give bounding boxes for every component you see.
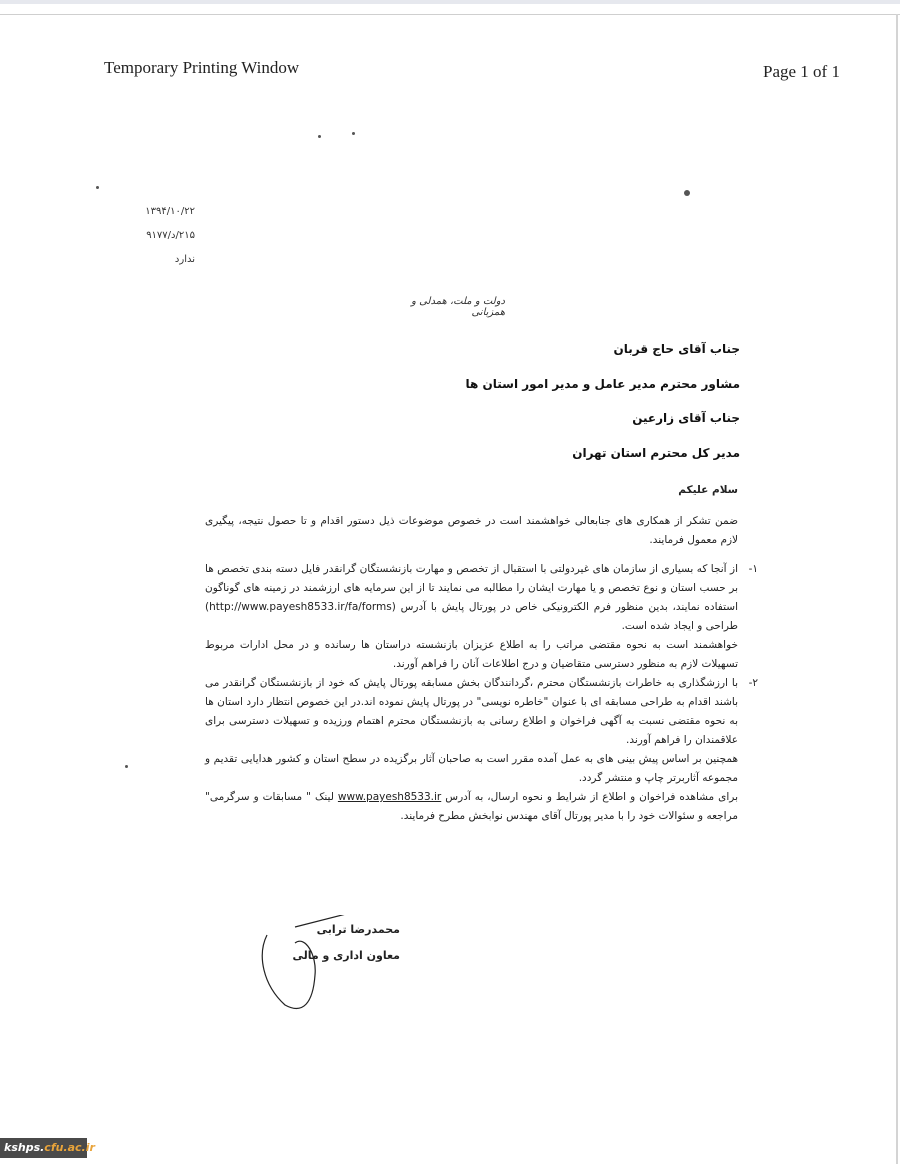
watermark-domain: cfu.ac.ir <box>44 1141 95 1154</box>
item-followup: خواهشمند است به نحوه مقتضی مراتب را به ا… <box>205 636 738 674</box>
letter-motto: دولت و ملت، همدلی و همزبانی <box>405 296 505 318</box>
item-paragraph: با ارزشگذاری به خاطرات بازنشستگان محترم … <box>205 674 738 750</box>
scan-speck <box>352 132 355 135</box>
signatory-title: معاون اداری و مالی <box>292 949 400 962</box>
item-number: ۲- <box>749 674 758 693</box>
top-border-line <box>0 14 900 15</box>
letter-meta: ۱۳۹۴/۱۰/۲۲ ۲۱۵/د/۹۱۷۷ ندارد <box>120 200 195 272</box>
scan-speck <box>318 135 321 138</box>
letter-number: ۲۱۵/د/۹۱۷۷ <box>120 224 195 248</box>
list-item: ۲- با ارزشگذاری به خاطرات بازنشستگان محت… <box>205 674 738 826</box>
letter-date: ۱۳۹۴/۱۰/۲۲ <box>120 200 195 224</box>
greeting: سلام علیکم <box>538 484 738 496</box>
watermark-badge: kshps.cfu.ac.ir <box>0 1138 87 1158</box>
watermark-prefix: kshps. <box>4 1141 44 1154</box>
scan-speck <box>96 186 99 189</box>
print-window-title: Temporary Printing Window <box>104 58 299 78</box>
recipient-line: جناب آقای حاج قربان <box>320 342 740 377</box>
item-closing: برای مشاهده فراخوان و اطلاع از شرایط و ن… <box>205 788 738 826</box>
item-paragraph: از آنجا که بسیاری از سازمان های غیردولتی… <box>205 560 738 636</box>
forms-url[interactable]: (http://www.payesh8533.ir/fa/forms) <box>205 601 396 613</box>
item-followup: همچنین بر اساس پیش بینی های به عمل آمده … <box>205 750 738 788</box>
letter-body: ضمن تشکر از همکاری های جنابعالی خواهشمند… <box>205 512 738 826</box>
item-number: ۱- <box>749 560 758 579</box>
intro-paragraph: ضمن تشکر از همکاری های جنابعالی خواهشمند… <box>205 512 738 550</box>
portal-link[interactable]: www.payesh8533.ir <box>338 791 441 803</box>
top-scan-edge <box>0 0 900 4</box>
item-text: طراحی و ایجاد شده است. <box>622 620 738 632</box>
list-item: ۱- از آنجا که بسیاری از سازمان های غیردو… <box>205 560 738 674</box>
recipient-line: مشاور محترم مدیر عامل و مدیر امور استان … <box>320 377 740 412</box>
right-scan-edge <box>896 14 898 1164</box>
page-counter: Page 1 of 1 <box>763 62 840 82</box>
recipient-line: مدیر کل محترم استان تهران <box>320 446 740 481</box>
recipients-block: جناب آقای حاج قربان مشاور محترم مدیر عام… <box>320 342 740 480</box>
signature-block: محمدرضا ترابی معاون اداری و مالی <box>255 915 400 1015</box>
item-text: برای مشاهده فراخوان و اطلاع از شرایط و ن… <box>445 791 738 803</box>
signatory-name: محمدرضا ترابی <box>317 923 400 936</box>
scan-speck <box>684 190 690 196</box>
scan-speck <box>125 765 128 768</box>
recipient-line: جناب آقای زارعین <box>320 411 740 446</box>
letter-attachment: ندارد <box>120 248 195 272</box>
